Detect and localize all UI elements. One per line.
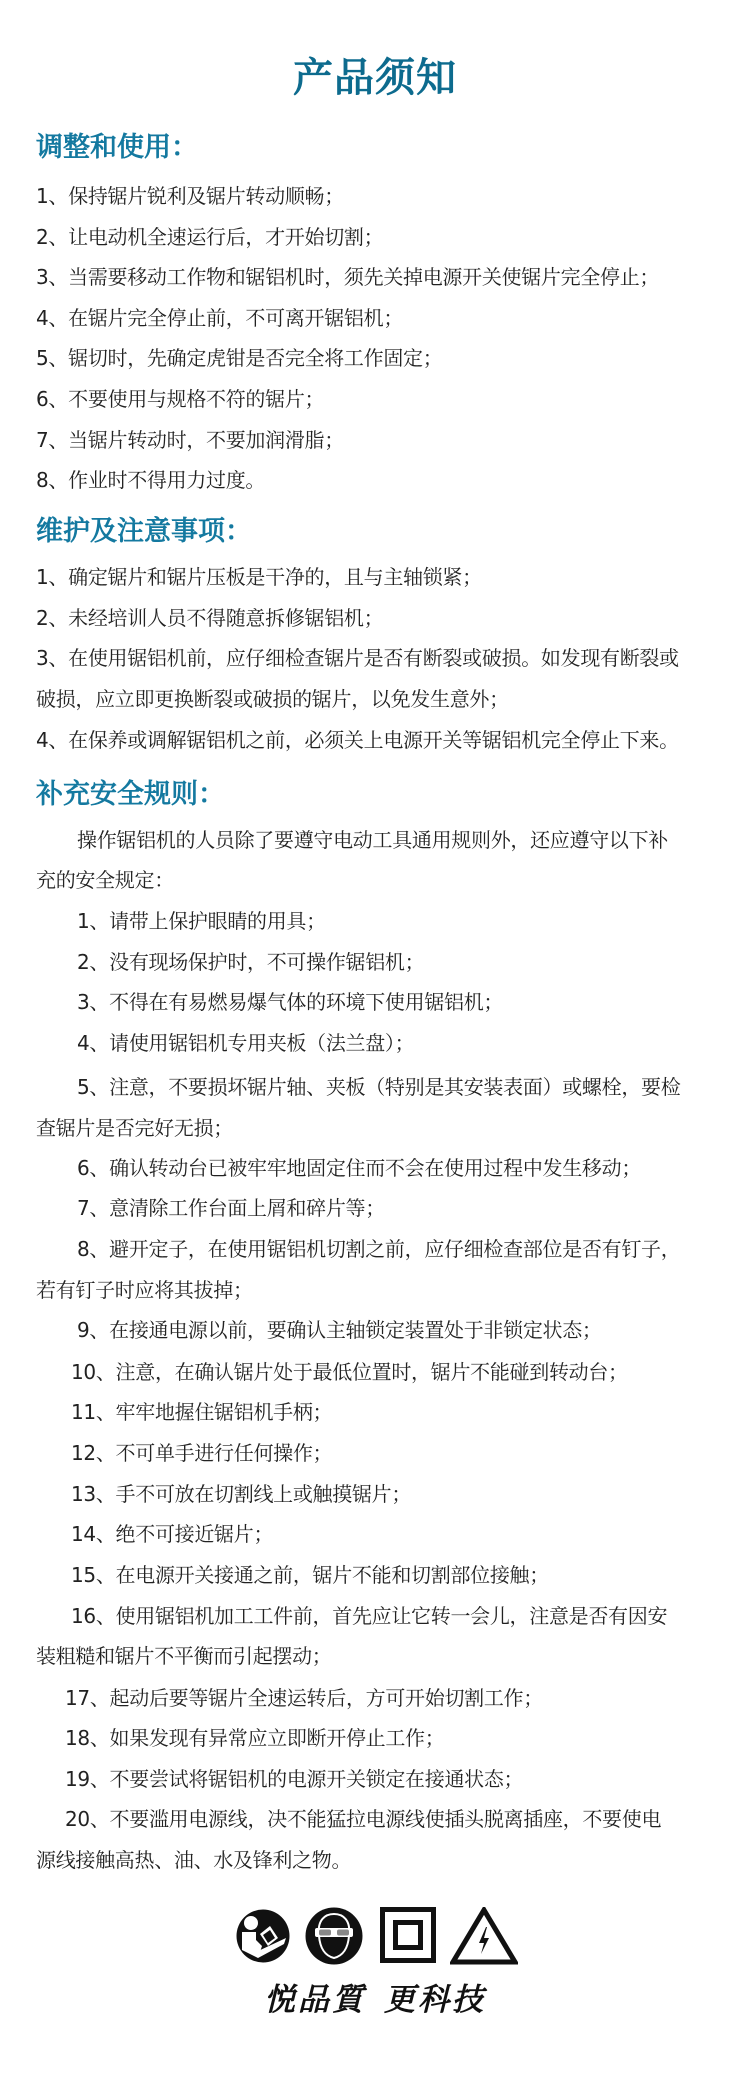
list-item-continuation: 源线接触高热、油、水及锋利之物。 [36,1845,351,1875]
list-item: 14、绝不可接近锯片； [71,1519,273,1549]
list-item-continuation: 装粗糙和锯片不平衡而引起摆动； [36,1641,332,1671]
list-item: 5、注意，不要损坏锯片轴、夹板（特别是其安装表面）或螺栓，要检 [77,1072,680,1102]
list-item: 2、没有现场保护时，不可操作锯铝机； [77,947,424,977]
intro-paragraph: 操作锯铝机的人员除了要遵守电动工具通用规则外，还应遵守以下补 [77,825,668,855]
list-item: 2、未经培训人员不得随意拆修锯铝机； [36,603,383,633]
list-item: 7、意清除工作台面上屑和碎片等； [77,1193,385,1223]
list-item-continuation: 若有钉子时应将其拔掉； [36,1275,253,1305]
brand-slogan: 悦品質更科技 [0,1982,750,2018]
list-item: 1、请带上保护眼睛的用具； [77,906,326,936]
double-insulation-icon [380,1907,436,1963]
list-item-continuation: 破损，应立即更换断裂或破损的锯片，以免发生意外； [36,684,509,714]
list-item: 13、手不可放在切割线上或触摸锯片； [71,1479,411,1509]
list-item: 17、起动后要等锯片全速运转后，方可开始切割工作； [65,1683,543,1713]
list-item: 15、在电源开关接通之前，锯片不能和切割部位接触； [71,1560,549,1590]
list-item: 18、如果发现有异常应立即断开停止工作； [65,1723,444,1753]
list-item: 6、不要使用与规格不符的锯片； [36,384,324,414]
section-heading-maintenance: 维护及注意事项： [36,516,252,548]
list-item: 4、在锯片完全停止前，不可离开锯铝机； [36,303,403,333]
list-item: 8、作业时不得用力过度。 [36,465,265,495]
list-item: 1、确定锯片和锯片压板是干净的，且与主轴锁紧； [36,562,482,592]
list-item: 2、让电动机全速运行后，才开始切割； [36,222,383,252]
list-item: 19、不要尝试将锯铝机的电源开关锁定在接通状态； [65,1764,523,1794]
list-item: 16、使用锯铝机加工工件前，首先应让它转一会儿，注意是否有因安 [71,1601,667,1631]
read-manual-icon [236,1908,290,1964]
list-item: 4、在保养或调解锯铝机之前，必须关上电源开关等锯铝机完全停止下来。 [36,725,679,755]
slogan-left: 悦品質 [264,1982,366,2018]
electric-hazard-icon [450,1907,518,1965]
list-item: 8、避开定子，在使用锯铝机切割之前，应仔细检查部位是否有钉子， [77,1234,680,1264]
list-item: 4、请使用锯铝机专用夹板（法兰盘）； [77,1028,414,1058]
page-title: 产品须知 [0,56,750,100]
list-item: 3、当需要移动工作物和锯铝机时，须先关掉电源开关使锯片完全停止； [36,262,659,292]
safety-icons-row [0,1905,750,1967]
slogan-right: 更科技 [384,1982,486,2018]
list-item: 12、不可单手进行任何操作； [71,1438,332,1468]
list-item: 20、不要滥用电源线，决不能猛拉电源线使插头脱离插座，不要使电 [65,1804,661,1834]
list-item: 1、保持锯片锐利及锯片转动顺畅； [36,181,344,211]
section-heading-safety-rules: 补充安全规则： [36,779,225,811]
wear-goggles-icon [305,1906,363,1966]
list-item: 5、锯切时，先确定虎钳是否完全将工作固定； [36,343,442,373]
list-item: 7、当锯片转动时，不要加润滑脂； [36,425,344,455]
list-item: 9、在接通电源以前，要确认主轴锁定装置处于非锁定状态； [77,1315,602,1345]
list-item: 3、在使用锯铝机前，应仔细检查锯片是否有断裂或破损。如发现有断裂或 [36,643,679,673]
intro-paragraph-continuation: 充的安全规定： [36,865,174,895]
list-item: 3、不得在有易燃易爆气体的环境下使用锯铝机； [77,987,503,1017]
list-item: 11、牢牢地握住锯铝机手柄； [71,1397,332,1427]
section-heading-adjust-use: 调整和使用： [36,132,198,164]
list-item: 6、确认转动台已被牢牢地固定住而不会在使用过程中发生移动； [77,1153,641,1183]
list-item: 10、注意，在确认锯片处于最低位置时，锯片不能碰到转动台； [71,1357,628,1387]
list-item-continuation: 查锯片是否完好无损； [36,1113,233,1143]
